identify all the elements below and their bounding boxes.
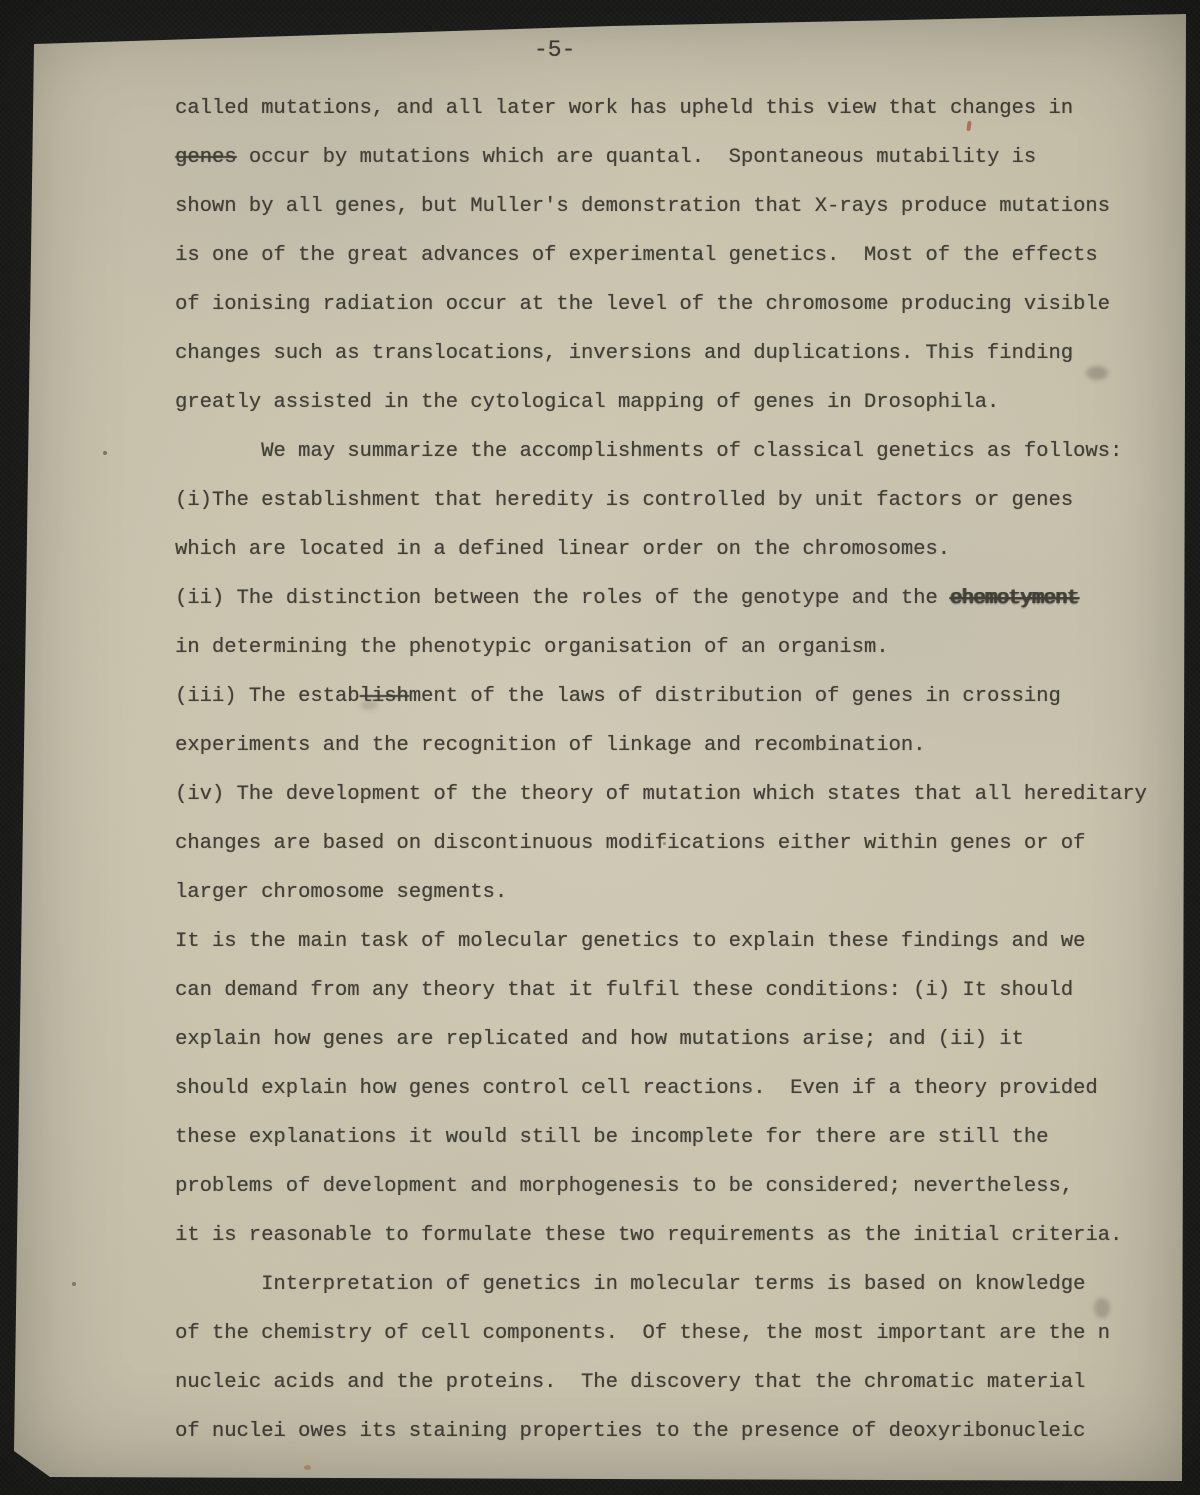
typed-line: it is reasonable to formulate these two … [175,1211,1147,1260]
typed-line: (iv) The development of the theory of mu… [175,770,1147,819]
paper-speck [72,1282,76,1286]
paper-speck [304,1465,311,1470]
typed-line: experiments and the recognition of linka… [175,721,1147,770]
paper-sheet: -5- called mutations, and all later work… [0,0,1200,1495]
typed-line: changes such as translocations, inversio… [175,329,1147,378]
typed-line: (i)The establishment that heredity is co… [175,476,1147,525]
typed-line: genes occur by mutations which are quant… [175,133,1147,182]
typed-line: of the chemistry of cell components. Of … [175,1309,1147,1358]
typed-line: nucleic acids and the proteins. The disc… [175,1358,1147,1407]
typed-line: shown by all genes, but Muller's demonst… [175,182,1147,231]
typed-line: explain how genes are replicated and how… [175,1015,1147,1064]
typed-line: problems of development and morphogenesi… [175,1162,1147,1211]
typed-line: called mutations, and all later work has… [175,84,1147,133]
typed-line: It is the main task of molecular genetic… [175,917,1147,966]
typed-line: in determining the phenotypic organisati… [175,623,1147,672]
typed-line: (iii) The establishment of the laws of d… [175,672,1147,721]
scanned-document-photo: -5- called mutations, and all later work… [0,0,1200,1495]
typed-line: can demand from any theory that it fulfi… [175,966,1147,1015]
overstruck-text: genes [175,146,237,169]
typed-line: Interpretation of genetics in molecular … [175,1260,1147,1309]
overstruck-text: ehemotyment [950,587,1079,610]
typed-line: We may summarize the accomplishments of … [175,427,1147,476]
typed-line: larger chromosome segments. [175,868,1147,917]
page-number: -5- [534,36,575,64]
typed-line: of ionising radiation occur at the level… [175,280,1147,329]
paper-speck [103,451,107,455]
typed-lines: called mutations, and all later work has… [175,84,1147,1456]
typed-line: should explain how genes control cell re… [175,1064,1147,1113]
typed-line: changes are based on discontinuous modif… [175,819,1147,868]
overstruck-text: lish [360,685,409,708]
typed-line: is one of the great advances of experime… [175,231,1147,280]
typed-line: of nuclei owes its staining properties t… [175,1407,1147,1456]
typed-line: (ii) The distinction between the roles o… [175,574,1147,623]
typed-line: greatly assisted in the cytological mapp… [175,378,1147,427]
typed-line: which are located in a defined linear or… [175,525,1147,574]
typed-line: these explanations it would still be inc… [175,1113,1147,1162]
